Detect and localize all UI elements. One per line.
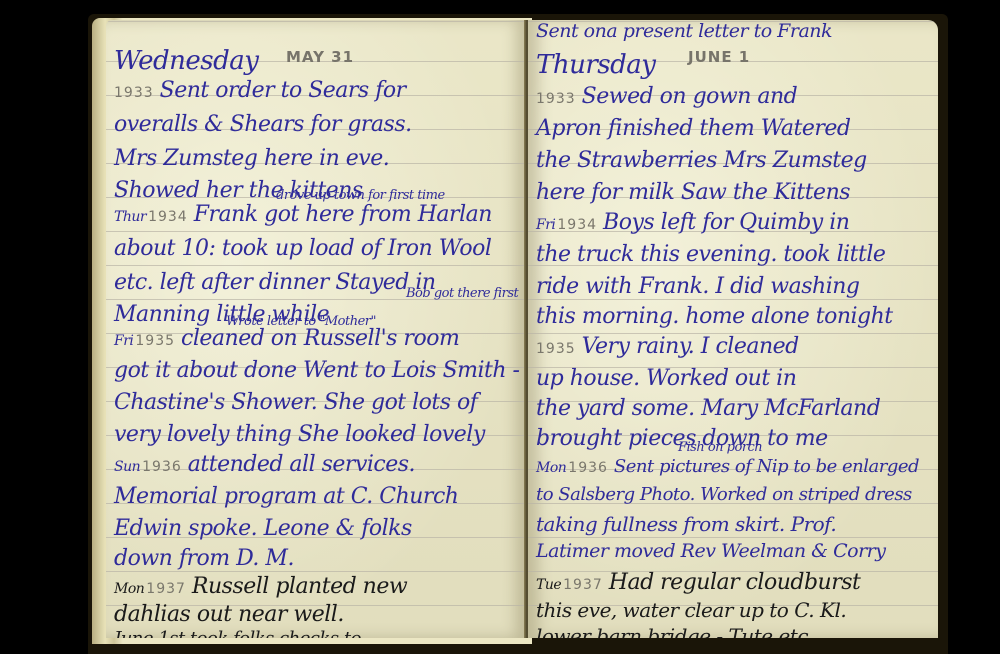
day-name: Thursday [536, 50, 932, 80]
year-label: 1937 [146, 581, 186, 597]
margin-insert: Fish on porch [678, 440, 932, 455]
right-page-june-1: Sent ona present letter to Frank JUNE 1 … [528, 20, 938, 638]
year-label: 1937 [563, 577, 603, 593]
entry-line: overalls & Shears for grass. [114, 112, 520, 137]
entry-line: got it about done Went to Lois Smith - [114, 358, 520, 383]
entry-line: to Salsberg Photo. Worked on striped dre… [536, 484, 932, 505]
entry-line: Tue1937Had regular cloudburst [536, 570, 932, 595]
entry-line: Latimer moved Rev Weelman & Corry [536, 540, 932, 562]
entry-line: this eve, water clear up to C. Kl. [536, 598, 932, 622]
entry-line: 1933Sewed on gown and [536, 84, 932, 109]
entry-line: Thur1934Frank got here from Harlan [114, 202, 520, 227]
entry-line: Mrs Zumsteg here in eve. [114, 146, 520, 171]
year-label: 1934 [148, 209, 188, 225]
year-label: 1935 [135, 333, 175, 349]
entry-line: the truck this evening. took little [536, 242, 932, 267]
year-label: 1933 [536, 91, 576, 107]
entry-line: Chastine's Shower. She got lots of [114, 390, 520, 415]
year-label: 1936 [568, 460, 608, 476]
year-label: 1936 [142, 459, 182, 475]
entry-line: lower barn bridge - Tute etc [536, 624, 932, 638]
entry-line: Mon1936Sent pictures of Nip to be enlarg… [536, 456, 932, 477]
entry-line: here for milk Saw the Kittens [536, 180, 932, 205]
entry-line: Sun1936attended all services. [114, 452, 520, 477]
entry-line: dahlias out near well. [114, 602, 520, 627]
entry-line: this morning. home alone tonight [536, 304, 932, 329]
entry-line: 1935Very rainy. I cleaned [536, 334, 932, 359]
margin-insert: drove up town for first time [276, 188, 520, 203]
top-note: Sent ona present letter to Frank [536, 20, 932, 42]
year-label: 1934 [557, 217, 597, 233]
entry-line: June 1st took folks checks to [114, 628, 520, 638]
entry-line: Apron finished them Watered [536, 116, 932, 141]
margin-insert: Bob got there first [406, 286, 520, 301]
entry-line: down from D. M. [114, 546, 520, 571]
year-label: 1935 [536, 341, 576, 357]
entry-line: Edwin spoke. Leone & folks [114, 516, 520, 541]
entry-line: Fri1934Boys left for Quimby in [536, 210, 932, 235]
entry-line: about 10: took up load of Iron Wool [114, 236, 520, 261]
left-page-may-31: MAY 31 Wednesday 1933Sent order to Sears… [106, 20, 526, 638]
entry-line: the Strawberries Mrs Zumsteg [536, 148, 932, 173]
entry-line: the yard some. Mary McFarland [536, 396, 932, 421]
day-name: Wednesday [114, 46, 520, 76]
entry-line: Memorial program at C. Church [114, 484, 520, 509]
entry-line: very lovely thing She looked lovely [114, 422, 520, 447]
entry-line: 1933Sent order to Sears for [114, 78, 520, 103]
entry-line: up house. Worked out in [536, 366, 932, 391]
year-label: 1933 [114, 85, 154, 101]
entry-line: Mon1937Russell planted new [114, 574, 520, 599]
entry-line: taking fullness from skirt. Prof. [536, 512, 932, 536]
entry-line: Fri1935cleaned on Russell's room [114, 326, 520, 351]
entry-line: ride with Frank. I did washing [536, 274, 932, 299]
